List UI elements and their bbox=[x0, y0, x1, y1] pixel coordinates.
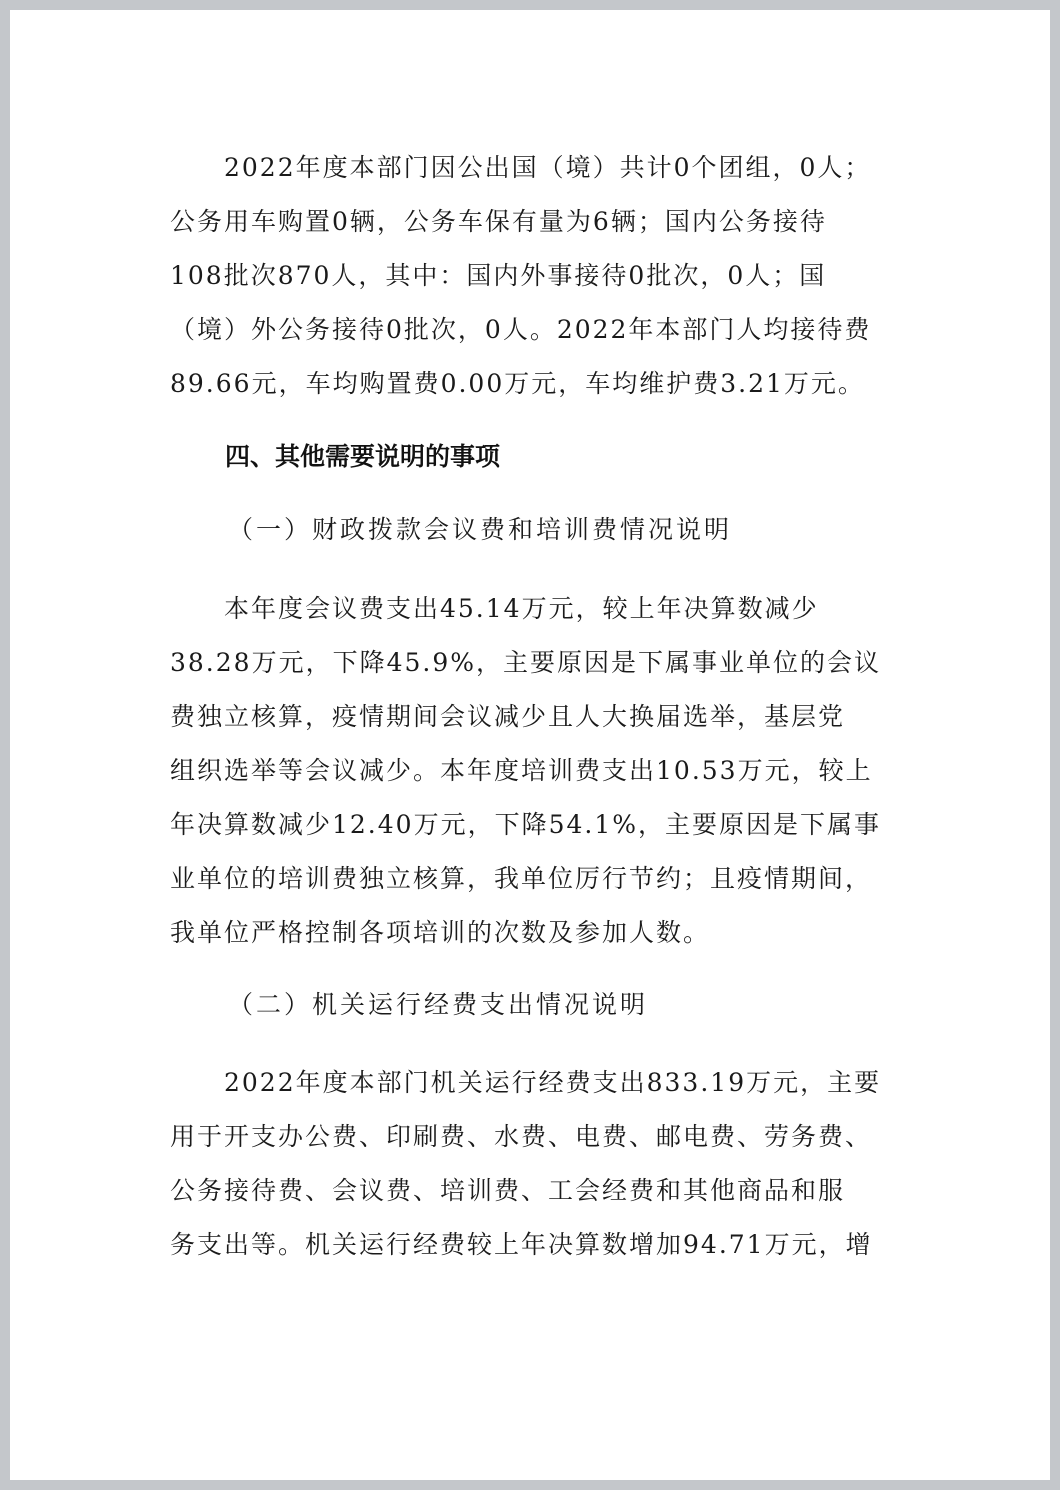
paragraph-line: 公务接待费、会议费、培训费、工会经费和其他商品和服 bbox=[170, 1176, 845, 1206]
paragraph-line: 组织选举等会议减少。本年度培训费支出10.53万元，较上 bbox=[170, 756, 873, 786]
paragraph-line: 业单位的培训费独立核算，我单位厉行节约；且疫情期间， bbox=[170, 864, 872, 894]
paragraph-line: （境）外公务接待0批次，0人。2022年本部门人均接待费 bbox=[170, 315, 871, 345]
paragraph-line: 我单位严格控制各项培训的次数及参加人数。 bbox=[170, 918, 710, 948]
paragraph-line: 公务用车购置0辆，公务车保有量为6辆；国内公务接待 bbox=[170, 207, 827, 237]
document-page: 2022年度本部门因公出国（境）共计0个团组，0人； 公务用车购置0辆，公务车保… bbox=[10, 10, 1050, 1480]
paragraph-line: 务支出等。机关运行经费较上年决算数增加94.71万元，增 bbox=[170, 1230, 873, 1260]
section-heading: 四、其他需要说明的事项 bbox=[225, 442, 500, 472]
paragraph-line: 2022年度本部门机关运行经费支出833.19万元，主要 bbox=[224, 1068, 881, 1098]
paragraph-line: 2022年度本部门因公出国（境）共计0个团组，0人； bbox=[224, 153, 871, 183]
subsection-title: （二）机关运行经费支出情况说明 bbox=[228, 990, 648, 1020]
paragraph-line: 38.28万元，下降45.9%，主要原因是下属事业单位的会议 bbox=[170, 648, 881, 678]
paragraph-line: 本年度会议费支出45.14万元，较上年决算数减少 bbox=[224, 594, 819, 624]
paragraph-line: 用于开支办公费、印刷费、水费、电费、邮电费、劳务费、 bbox=[170, 1122, 872, 1152]
paragraph-line: 年决算数减少12.40万元，下降54.1%，主要原因是下属事 bbox=[170, 810, 881, 840]
paragraph-line: 108批次870人，其中：国内外事接待0批次，0人；国 bbox=[170, 261, 826, 291]
subsection-title: （一）财政拨款会议费和培训费情况说明 bbox=[228, 515, 732, 545]
paragraph-line: 费独立核算，疫情期间会议减少且人大换届选举，基层党 bbox=[170, 702, 845, 732]
paragraph-line: 89.66元，车均购置费0.00万元，车均维护费3.21万元。 bbox=[170, 369, 865, 399]
